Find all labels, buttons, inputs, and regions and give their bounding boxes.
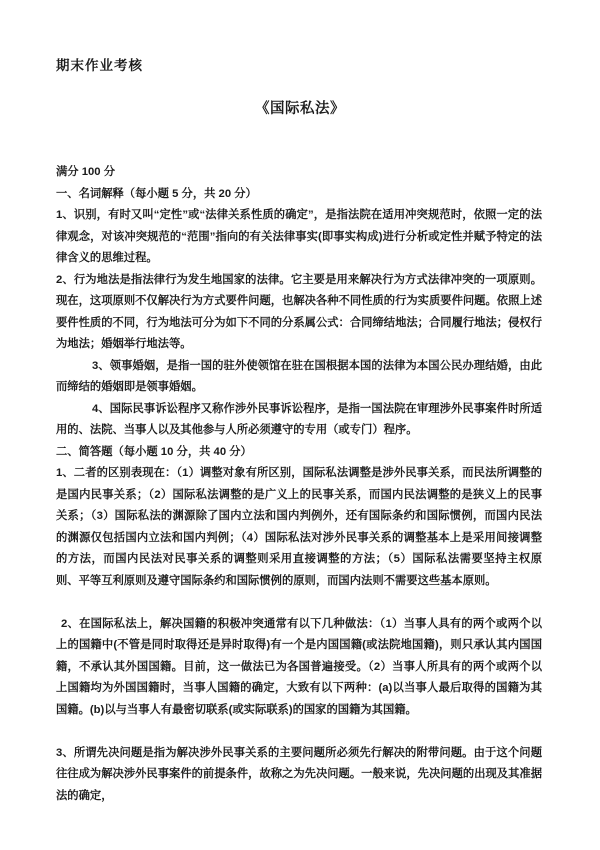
full-score-line: 满分 100 分 xyxy=(56,162,542,184)
document-body: 满分 100 分 一、名词解释（每小题 5 分，共 20 分） 1、识别，有时又… xyxy=(56,162,542,807)
section1-item-3: 3、领事婚姻，是指一国的驻外使领馆在驻在国根据本国的法律为本国公民办理结婚，由此… xyxy=(56,356,542,399)
section2-item-1: 1、二者的区别表现在：（1）调整对象有所区别，国际私法调整是涉外民事关系，而民法… xyxy=(56,463,542,592)
section1-item-4: 4、国际民事诉讼程序又称作涉外民事诉讼程序，是指一国法院在审理涉外民事案件时所适… xyxy=(56,399,542,442)
section1-item-1: 1、识别，有时又叫“定性”或“法律关系性质的确定”，是指法院在适用冲突规范时，依… xyxy=(56,205,542,270)
course-title: 《国际私法》 xyxy=(0,97,600,118)
section2-item-3: 3、所谓先决问题是指为解决涉外民事关系的主要问题所必须先行解决的附带问题。由于这… xyxy=(56,743,542,808)
section1-item-2: 2、行为地法是指法律行为发生地国家的法律。它主要是用来解决行为方式法律冲突的一项… xyxy=(56,270,542,356)
document-title: 期末作业考核 xyxy=(56,54,143,74)
section2-item-2: 2、在国际私法上，解决国籍的积极冲突通常有以下几种做法：（1）当事人具有的两个或… xyxy=(56,614,542,722)
section2-heading: 二、简答题（每小题 10 分，共 40 分） xyxy=(56,442,542,464)
section1-heading: 一、名词解释（每小题 5 分，共 20 分） xyxy=(56,184,542,206)
document-page: 期末作业考核 《国际私法》 满分 100 分 一、名词解释（每小题 5 分，共 … xyxy=(0,0,600,850)
